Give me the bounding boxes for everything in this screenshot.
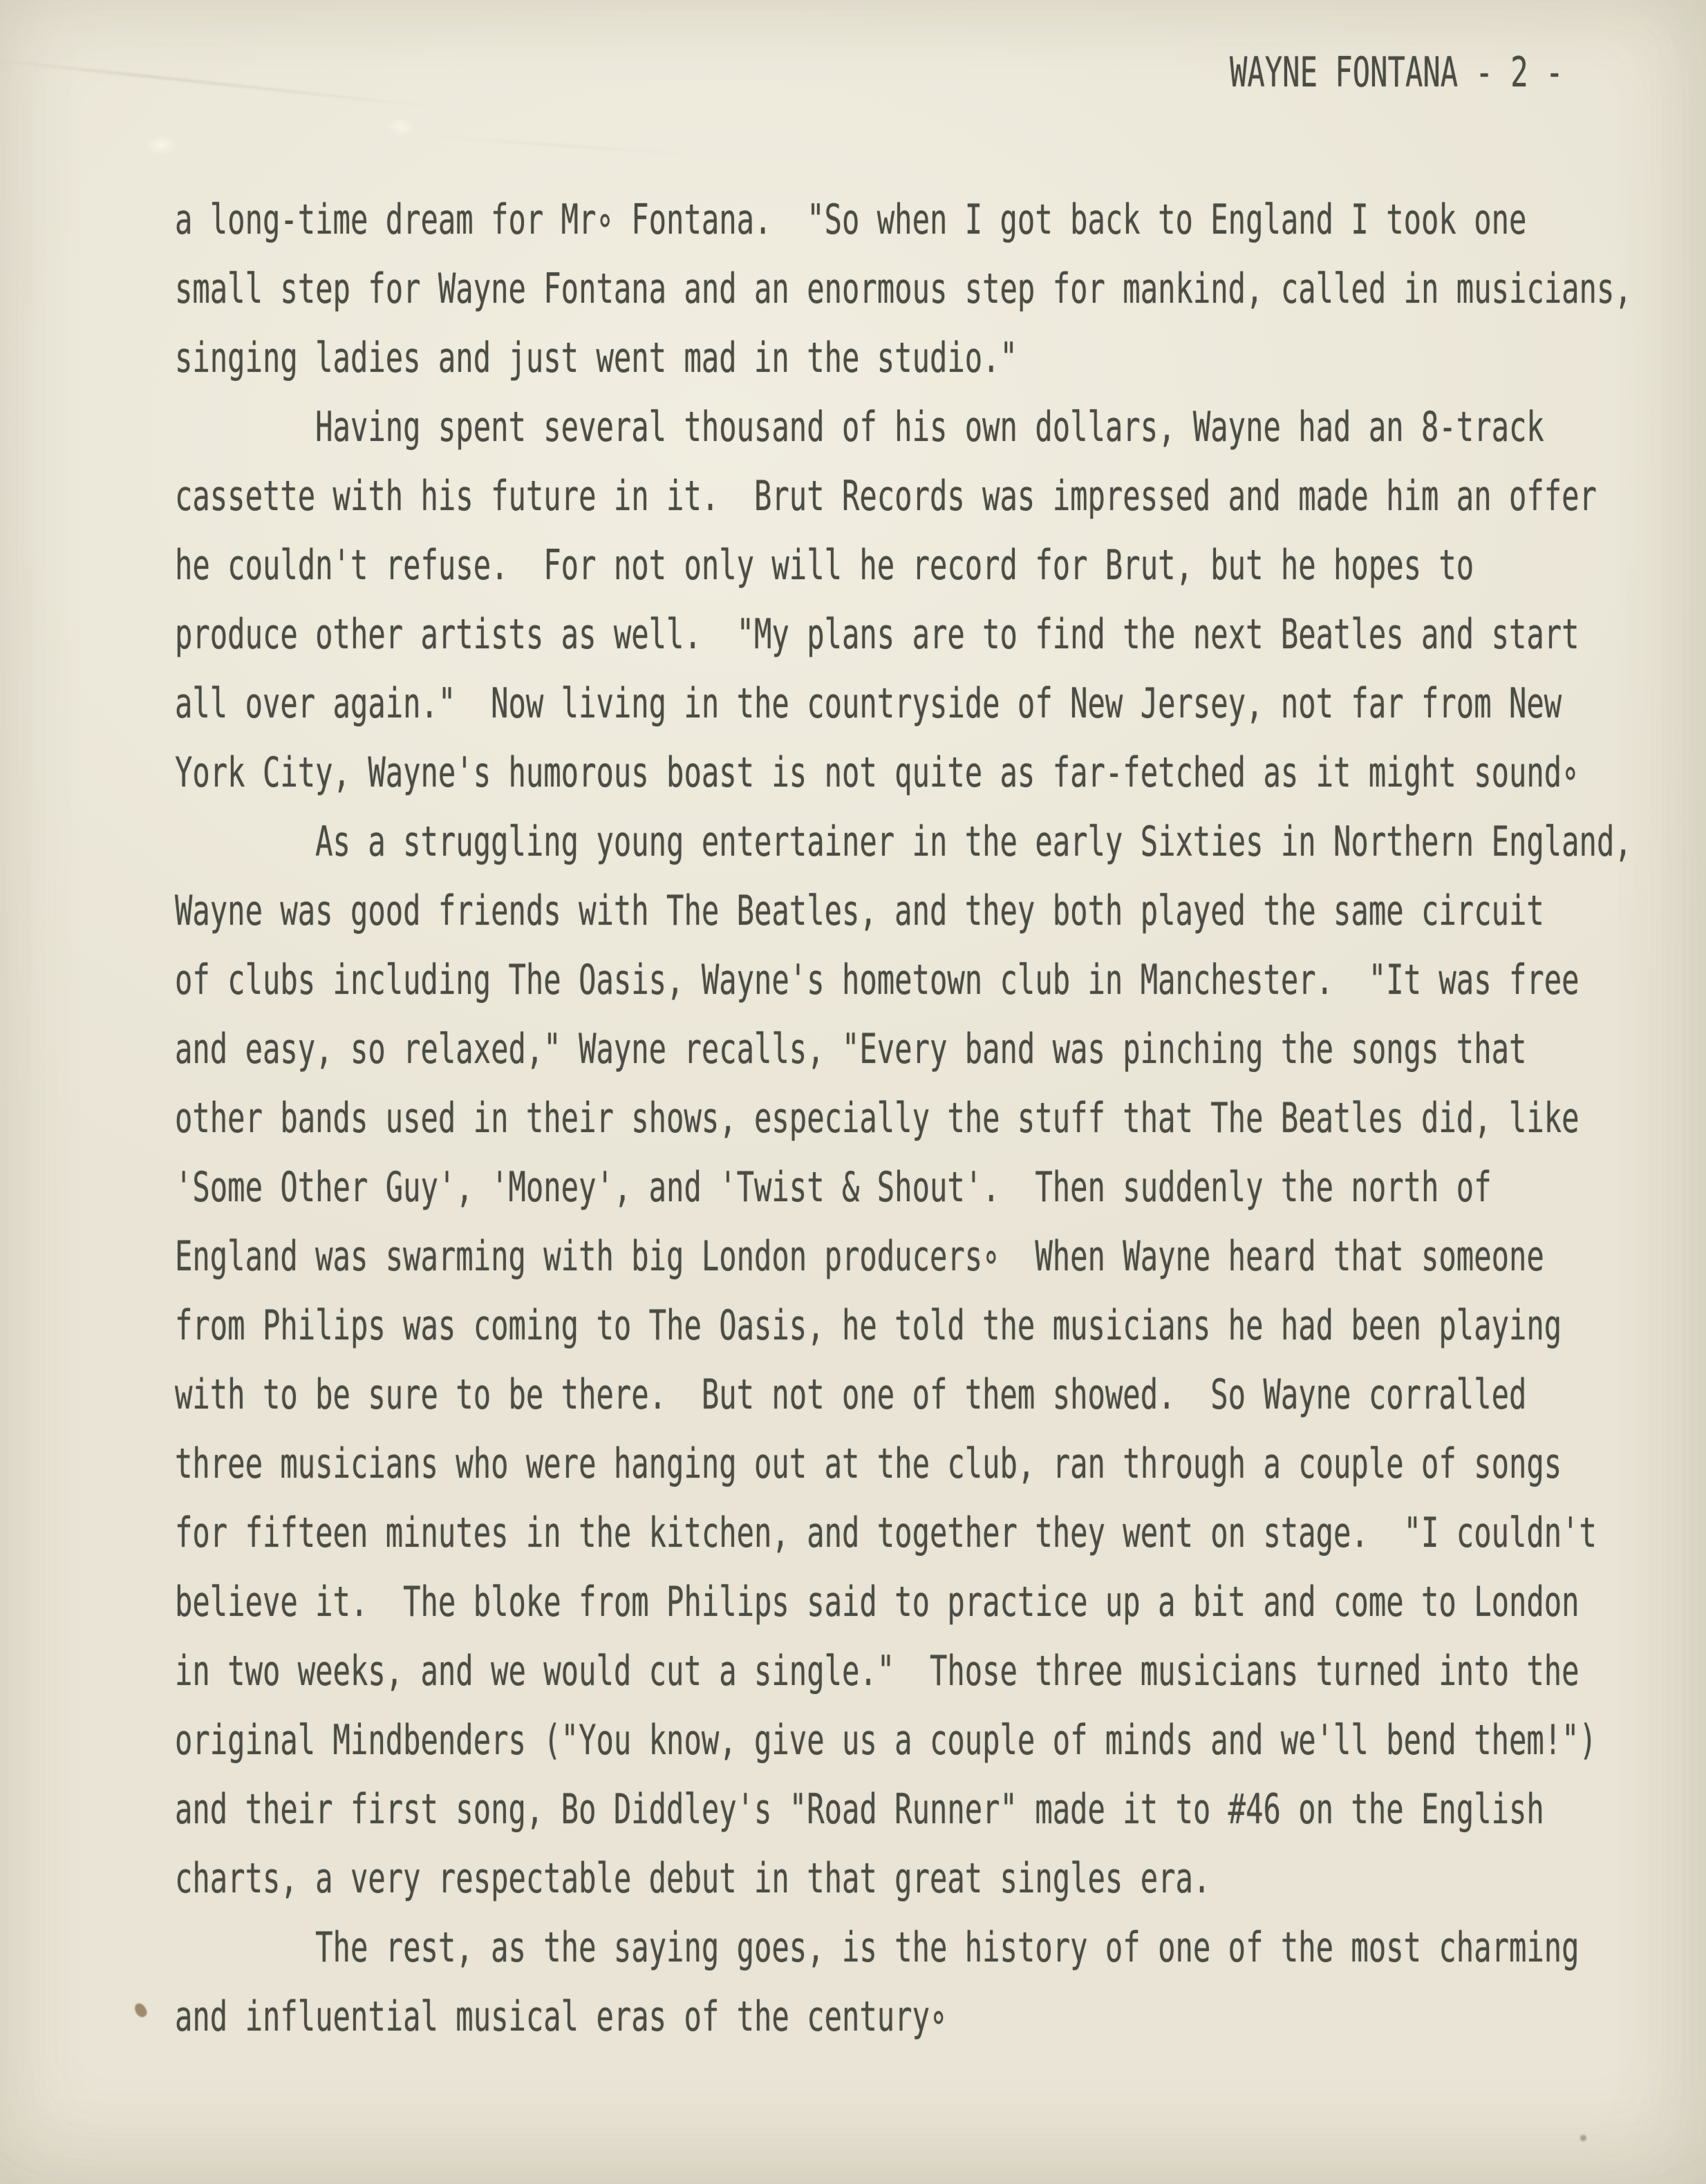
- text-line: from Philips was coming to The Oasis, he…: [175, 1291, 1706, 1360]
- text-line: Having spent several thousand of his own…: [175, 393, 1706, 462]
- typewritten-page: WAYNE FONTANA - 2 - a long-time dream fo…: [0, 0, 1706, 2184]
- text-line: a long-time dream for Mr∘ Fontana. "So w…: [175, 185, 1706, 254]
- text-line: in two weeks, and we would cut a single.…: [175, 1637, 1706, 1706]
- paper-crease: [0, 58, 434, 108]
- paper-dent: [145, 135, 177, 156]
- text-line: Wayne was good friends with The Beatles,…: [175, 876, 1706, 945]
- text-line: small step for Wayne Fontana and an enor…: [175, 254, 1706, 323]
- text-line: original Mindbenders ("You know, give us…: [175, 1706, 1706, 1775]
- text-line: produce other artists as well. "My plans…: [175, 600, 1706, 669]
- text-line: and their first song, Bo Diddley's "Road…: [175, 1775, 1706, 1844]
- text-line: cassette with his future in it. Brut Rec…: [175, 462, 1706, 531]
- text-line: York City, Wayne's humorous boast is not…: [175, 738, 1706, 807]
- text-line: 'Some Other Guy', 'Money', and 'Twist & …: [175, 1153, 1706, 1222]
- text-line: England was swarming with big London pro…: [175, 1222, 1706, 1291]
- text-line: with to be sure to be there. But not one…: [175, 1360, 1706, 1429]
- text-line: As a struggling young entertainer in the…: [175, 807, 1706, 876]
- text-line: other bands used in their shows, especia…: [175, 1084, 1706, 1153]
- text-line: charts, a very respectable debut in that…: [175, 1844, 1706, 1913]
- text-line: and easy, so relaxed," Wayne recalls, "E…: [175, 1015, 1706, 1084]
- text-line: he couldn't refuse. For not only will he…: [175, 531, 1706, 600]
- ink-speck: [133, 2002, 149, 2020]
- document-body: a long-time dream for Mr∘ Fontana. "So w…: [175, 185, 1706, 2051]
- page-header: WAYNE FONTANA - 2 -: [1230, 52, 1563, 93]
- text-line: The rest, as the saying goes, is the his…: [175, 1913, 1706, 1982]
- text-line: three musicians who were hanging out at …: [175, 1429, 1706, 1498]
- text-line: singing ladies and just went mad in the …: [175, 323, 1706, 393]
- text-line: of clubs including The Oasis, Wayne's ho…: [175, 945, 1706, 1015]
- dust-speck: [1580, 2135, 1586, 2141]
- text-line: for fifteen minutes in the kitchen, and …: [175, 1498, 1706, 1568]
- text-line: believe it. The bloke from Philips said …: [175, 1568, 1706, 1637]
- text-line: all over again." Now living in the count…: [175, 669, 1706, 738]
- paper-dent: [387, 117, 415, 137]
- text-line: and influential musical eras of the cent…: [175, 1982, 1706, 2051]
- paper-crease: [429, 135, 704, 156]
